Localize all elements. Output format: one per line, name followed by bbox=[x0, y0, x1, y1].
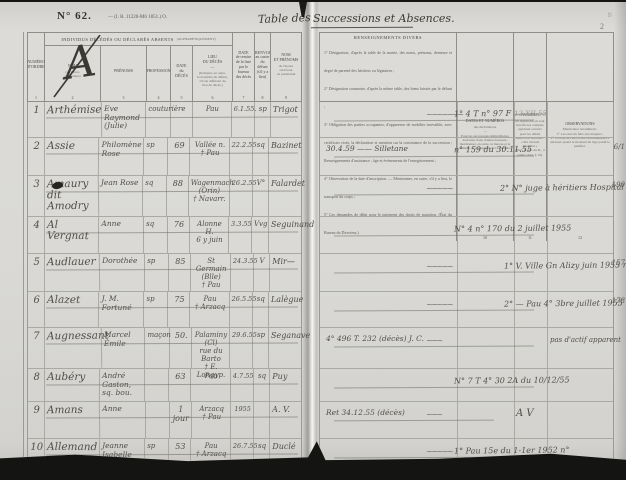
row-number: 7 bbox=[28, 328, 45, 368]
annotation-row: ~~~~~ 1° Pau 15e du 1-1er 1952 n° bbox=[320, 439, 613, 467]
cell-profession bbox=[146, 402, 170, 438]
annotation-observations: pas d'actif apparent bbox=[550, 336, 621, 344]
cell-profession: sp bbox=[144, 138, 168, 175]
individuals-table: NUMÉRO D'ORDRE 1 INDIVIDUS DÉCÉDÉS OU DÉ… bbox=[27, 32, 302, 468]
annotation-row: 4° 496 T. 232 (décès) J. C. ~~~ pas d'ac… bbox=[320, 328, 613, 369]
cell-prenoms: Dorothée bbox=[100, 254, 145, 291]
cell-epoux: Puy bbox=[270, 369, 301, 401]
table-row: 8 Aubéry André Gaston, sq. bou. 63 Pau 4… bbox=[28, 369, 301, 402]
form-number: N° 62. bbox=[57, 10, 92, 22]
cell-statut: sp bbox=[253, 328, 269, 368]
cell-lieu-deces: Vallée n. † Pau bbox=[190, 138, 229, 175]
annotation-row: ~~~~~ 2° — Pau 4° 3bre juillet 1955 178 bbox=[320, 292, 613, 328]
row-number: 8 bbox=[28, 369, 45, 401]
title-underline bbox=[311, 27, 413, 29]
cell-lieu-deces: Pau bbox=[191, 369, 230, 401]
col-header-renvoi: RENVOI au casier du défunt (s'il y a lie… bbox=[255, 33, 271, 101]
cell-age: 63 bbox=[169, 369, 191, 401]
pencil-baseline bbox=[334, 234, 534, 236]
annotation-row: Ret 34.12.55 (décès) ~~~ A V bbox=[320, 402, 613, 439]
cell-profession: sp bbox=[145, 439, 169, 466]
cell-nom: Amans bbox=[45, 402, 100, 439]
cell-epoux: Falardet bbox=[269, 176, 301, 216]
cell-prenoms: Jean Rose bbox=[99, 176, 143, 216]
pencil-baseline bbox=[334, 155, 534, 157]
annotation-dates-numeros: 1° V. Ville Gn Alizy juin 1955 n° bbox=[504, 260, 626, 270]
margin-number: 157 bbox=[612, 259, 625, 267]
row-number: 4 bbox=[28, 217, 45, 253]
annotations-table-header: RENSEIGNEMENTS DIVERS 1° Désignation, d'… bbox=[319, 32, 614, 102]
pencil-squiggle: ~~~ bbox=[426, 410, 442, 419]
cell-age: 76 bbox=[168, 217, 190, 253]
annotation-renseignements: 4° 496 T. 232 (décès) J. C. bbox=[326, 334, 424, 343]
cell-age: 69 bbox=[168, 138, 190, 175]
book-fold-shadow bbox=[302, 2, 319, 462]
cell-nom: Assie bbox=[45, 138, 100, 175]
cell-profession: sp bbox=[144, 292, 168, 327]
cell-statut: sq bbox=[253, 138, 269, 175]
cell-nom: Alazet bbox=[45, 292, 100, 327]
col-header-epoux: NOM ET PRÉNOMS de l'époux survivant ou p… bbox=[271, 33, 301, 101]
struck-text: 13 XII 55 bbox=[514, 110, 547, 118]
annotation-dates-numeros: 1° 4 T n° 97 F13 XII 55 bbox=[454, 109, 547, 119]
cell-prenoms: Philomène Rose bbox=[100, 138, 145, 175]
annotations-rows: ~~~~~~~ 1° 4 T n° 97 F13 XII 55 30.4.59 … bbox=[320, 102, 613, 467]
row-number: 9 bbox=[28, 402, 45, 438]
pencil-squiggle: ~~~~~ bbox=[426, 300, 452, 309]
annotation-dates-numeros: n° 159 du 30.11.55 bbox=[454, 145, 535, 155]
cell-age: 75 bbox=[168, 292, 190, 327]
pencil-squiggle: ~~~~~ bbox=[426, 262, 452, 271]
pencil-baseline bbox=[334, 456, 534, 458]
annotation-row: ~~~~~ 2° N° juge à héritiers Hospital 12… bbox=[320, 176, 613, 217]
margin-number: 190 bbox=[612, 181, 625, 189]
cell-age: 1 jour bbox=[170, 402, 192, 438]
cell-profession: sq bbox=[144, 217, 168, 253]
cell-epoux: Lalègue bbox=[269, 292, 301, 327]
annotation-row: ~~~~~ 1° V. Ville Gn Alizy juin 1955 n° … bbox=[320, 254, 613, 292]
annotation-row: N° 7 T 4° 30 2A du 10/12/55 bbox=[320, 369, 613, 402]
pencil-baseline bbox=[334, 119, 534, 121]
form-reference: — (I. R. 11220-M6 1851.) O. bbox=[108, 15, 167, 20]
individuals-table-header: NUMÉRO D'ORDRE 1 INDIVIDUS DÉCÉDÉS OU DÉ… bbox=[27, 32, 302, 102]
cell-date: 1955 bbox=[231, 402, 253, 438]
row-number: 2 bbox=[28, 138, 45, 175]
archive-stamp: 35 bbox=[606, 12, 611, 17]
cell-statut: sq bbox=[254, 369, 270, 401]
annotation-dates-numeros bbox=[454, 409, 457, 418]
cell-profession: sp bbox=[145, 254, 169, 291]
table-row: 5 Audlauer Dorothée sp 85 St Germain (Bl… bbox=[28, 254, 301, 292]
cell-statut bbox=[254, 402, 270, 438]
cell-date: 29.6.55 bbox=[230, 328, 253, 368]
cell-date: 22.2.55 bbox=[230, 138, 253, 175]
cell-epoux: Seganave bbox=[269, 328, 301, 368]
cell-profession: couturière bbox=[146, 102, 171, 137]
cell-lieu-deces: Arzacq † Pau bbox=[192, 402, 232, 438]
table-row: 10 Allemand Jeanne Isabelle sp 53 Pau † … bbox=[28, 439, 301, 467]
cell-date: 24.3.55 bbox=[231, 254, 254, 291]
annotations-body: ~~~~~~~ 1° 4 T n° 97 F13 XII 55 30.4.59 … bbox=[319, 102, 614, 468]
col-header-lieu-deces: LIEU DU DÉCÈS — (Indiquer, en outre, le … bbox=[193, 46, 233, 101]
cell-nom: Al Vergnat bbox=[45, 217, 99, 253]
annotations-table: RENSEIGNEMENTS DIVERS 1° Désignation, d'… bbox=[319, 32, 614, 468]
annotation-renseignements: Ret 34.12.55 (décès) bbox=[326, 408, 405, 417]
table-row: 2 Assie Philomène Rose sp 69 Vallée n. †… bbox=[28, 138, 301, 176]
table-row: 6 Alazet J. M. Fortuné sp 75 Pau † Arzac… bbox=[28, 292, 301, 328]
cell-statut: V° bbox=[253, 176, 269, 216]
cell-nom: Augnessant bbox=[45, 328, 102, 369]
col-header-numero-ordre: NUMÉRO D'ORDRE 1 bbox=[28, 33, 45, 101]
cell-epoux: Mir— bbox=[270, 254, 301, 291]
annotation-numero: A V bbox=[516, 408, 534, 419]
cell-statut: sq bbox=[254, 439, 270, 466]
pencil-baseline bbox=[334, 309, 534, 311]
cell-lieu-deces: Pau † Arzacq bbox=[190, 292, 229, 327]
cell-age bbox=[171, 102, 193, 137]
cell-prenoms: Anne bbox=[99, 217, 144, 253]
cell-nom: Amaury dit Amodry bbox=[45, 176, 99, 217]
annotation-dates-numeros: N° 4 n° 170 du 2 juillet 1955 bbox=[454, 223, 574, 233]
cell-nom: Allemand bbox=[45, 439, 100, 466]
cell-age: 88 bbox=[167, 176, 189, 216]
col-header-date-deces: DATE du DÉCÈS 5 bbox=[171, 46, 193, 101]
pencil-baseline bbox=[334, 193, 534, 195]
col-header-date-remise: DATE de remise de la liste par le bureau… bbox=[233, 33, 255, 101]
cell-date: 26.5.55 bbox=[230, 292, 253, 327]
cell-prenoms: Eve Raymond (Julie) bbox=[102, 102, 146, 137]
margin-number: 178 bbox=[612, 297, 625, 305]
pencil-squiggle: ~~~~~ bbox=[426, 184, 452, 193]
pencil-baseline bbox=[334, 420, 494, 422]
cell-profession: sq bbox=[143, 176, 167, 216]
cell-age: 53 bbox=[169, 439, 191, 466]
page-title-right: Successions et Absences. bbox=[313, 12, 455, 25]
page-right-edge-shadow bbox=[614, 2, 626, 462]
cell-lieu-deces: Alonne H. 6 y juin bbox=[190, 217, 229, 253]
cell-statut: sq bbox=[253, 292, 269, 327]
cell-epoux: A. V. bbox=[270, 402, 301, 438]
cell-date: 26.7.55 bbox=[231, 439, 254, 466]
table-row: 3 Amaury dit Amodry Jean Rose sq 88 Wage… bbox=[28, 176, 301, 217]
row-number: 5 bbox=[28, 254, 45, 291]
annotation-row: N° 4 n° 170 du 2 juillet 1955 bbox=[320, 217, 613, 254]
cell-profession: maçon bbox=[145, 328, 170, 368]
annotation-dates-numeros: 2° N° juge à héritiers Hospital 12.1.56 bbox=[500, 182, 626, 193]
cell-age: 85 bbox=[169, 254, 191, 291]
cell-epoux: Seguinand bbox=[269, 217, 301, 253]
individuals-rows: 1 Arthémise Eve Raymond (Julie) couturiè… bbox=[27, 102, 302, 468]
cell-statut: sp bbox=[255, 102, 271, 137]
cell-epoux: Trigot bbox=[271, 102, 301, 137]
page-number: 2 bbox=[600, 22, 604, 31]
pencil-baseline bbox=[334, 386, 534, 388]
annotation-dates-numeros bbox=[454, 335, 457, 344]
pencil-baseline bbox=[334, 345, 534, 347]
cell-nom: Audlauer bbox=[45, 254, 100, 292]
col-header-prenoms: PRÉNOMS 3 bbox=[101, 46, 147, 101]
cell-statut: Vvg bbox=[252, 217, 269, 253]
col-header-profession: PROFESSION 4 bbox=[147, 46, 171, 101]
table-row: 9 Amans Anne 1 jour Arzacq † Pau 1955 A.… bbox=[28, 402, 301, 439]
annotation-dates-numeros: N° 7 T 4° 30 2A du 10/12/55 bbox=[454, 375, 573, 385]
annotation-row: 30.4.59 —— Silletane n° 159 du 30.11.55 … bbox=[320, 138, 613, 176]
cell-date: 6.1.55. bbox=[232, 102, 255, 137]
annotation-dates-numeros: 1° Pau 15e du 1-1er 1952 n° bbox=[454, 445, 573, 455]
cell-lieu-deces: Palaminy (Cl) rue du Barto † E. Longyp. bbox=[192, 328, 230, 368]
annotation-renseignements: 30.4.59 —— Silletane bbox=[326, 144, 408, 153]
annotation-dates-numeros: 2° — Pau 4° 3bre juillet 1955 bbox=[504, 298, 626, 308]
cell-date: 26.2.55 bbox=[230, 176, 253, 216]
cell-prenoms: Jeanne Isabelle bbox=[100, 439, 145, 466]
row-number: 1 bbox=[28, 102, 45, 137]
cell-age: 50. bbox=[170, 328, 191, 368]
cell-prenoms: Anne bbox=[100, 402, 145, 438]
cell-date: 3.3.55 bbox=[229, 217, 252, 253]
annotation-row: ~~~~~~~ 1° 4 T n° 97 F13 XII 55 bbox=[320, 102, 613, 138]
table-row: 1 Arthémise Eve Raymond (Julie) couturiè… bbox=[28, 102, 301, 138]
pencil-squiggle: ~~~~~ bbox=[426, 447, 452, 456]
cell-lieu-deces: Pau † Arzacq bbox=[191, 439, 230, 466]
cell-lieu-deces: St Germain (Blle) † Pau bbox=[191, 254, 230, 291]
scanned-register-page: N° 62. — (I. R. 11220-M6 1851.) O. Table… bbox=[0, 2, 626, 462]
pencil-baseline bbox=[334, 271, 534, 273]
pencil-squiggle: ~~~ bbox=[426, 336, 442, 345]
cell-prenoms: J. M. Fortuné bbox=[100, 292, 145, 327]
row-number: 3 bbox=[28, 176, 45, 216]
cell-lieu-deces: Pau bbox=[193, 102, 232, 137]
cell-lieu-deces: Wagenmach (Orin) † Navarr. bbox=[189, 176, 230, 216]
row-number: 6 bbox=[28, 292, 45, 327]
table-title: INDIVIDUS DÉCÉDÉS OU DÉCLARÉS ABSENTS (A… bbox=[45, 33, 233, 46]
table-row: 7 Augnessant Marcel Émile maçon 50. Pala… bbox=[28, 328, 301, 369]
cell-date: 4.7.55 bbox=[231, 369, 254, 401]
row-number: 10 bbox=[28, 439, 45, 466]
margin-number: 6/1 bbox=[614, 143, 625, 151]
cell-epoux: Bazinet bbox=[269, 138, 301, 175]
cell-nom: Arthémise bbox=[45, 102, 102, 138]
table-row: 4 Al Vergnat Anne sq 76 Alonne H. 6 y ju… bbox=[28, 217, 301, 254]
cell-statut: V bbox=[254, 254, 270, 291]
col-header-nom: NOM (en lettres apparentes) 2 bbox=[45, 46, 101, 101]
